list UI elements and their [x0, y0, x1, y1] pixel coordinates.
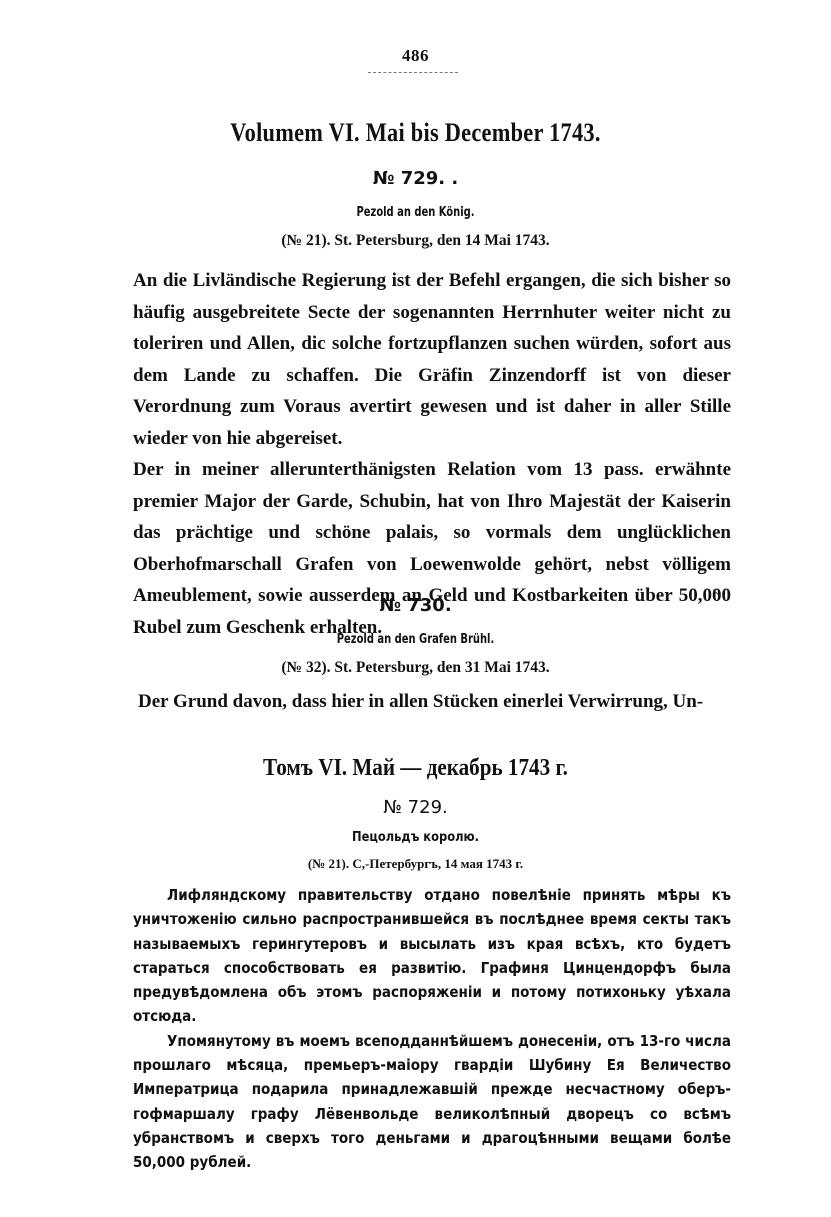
- german-doc-730-address: Pezold an den Grafen Brühl.: [62, 632, 768, 647]
- russian-doc-729-dateline: (№ 21). С,-Петербургъ, 14 мая 1743 г.: [0, 856, 831, 872]
- german-doc-730-body: Der Grund davon, dass hier in allen Stüc…: [138, 686, 731, 718]
- page-number: 486: [0, 46, 831, 66]
- german-doc-730-dateline: (№ 32). St. Petersburg, den 31 Mai 1743.: [0, 659, 831, 677]
- german-volume-title: Volumem VI. Mai bis December 1743.: [58, 118, 773, 148]
- page-number-rule: [368, 72, 458, 74]
- paragraph-text: An die Livländische Regierung ist der Be…: [133, 270, 731, 449]
- german-doc-729-dateline: (№ 21). St. Petersburg, den 14 Mai 1743.: [0, 232, 831, 250]
- book-page: 486 Volumem VI. Mai bis December 1743. №…: [0, 0, 831, 1217]
- russian-doc-729-paragraph-1: Лифляндскому правительству отдано повелѣ…: [133, 883, 731, 1029]
- german-doc-729-body: An die Livländische Regierung ist der Be…: [133, 265, 731, 643]
- german-doc-729-paragraph-1: An die Livländische Regierung ist der Be…: [133, 265, 731, 454]
- german-doc-729-number: № 729. .: [0, 168, 831, 189]
- german-doc-729-address: Pezold an den König.: [62, 205, 768, 220]
- german-doc-730-number: № 730.: [0, 595, 831, 616]
- russian-doc-729-address: Пецольдъ королю.: [62, 829, 768, 845]
- russian-doc-729-body: Лифляндскому правительству отдано повелѣ…: [133, 883, 731, 1175]
- russian-doc-729-paragraph-2: Упомянутому въ моемъ всеподданнѣйшемъ до…: [133, 1029, 731, 1175]
- german-doc-730-paragraph-1: Der Grund davon, dass hier in allen Stüc…: [138, 686, 731, 718]
- russian-volume-title: Томъ VI. Май — декабрь 1743 г.: [50, 755, 781, 782]
- russian-doc-729-number: № 729.: [0, 797, 831, 818]
